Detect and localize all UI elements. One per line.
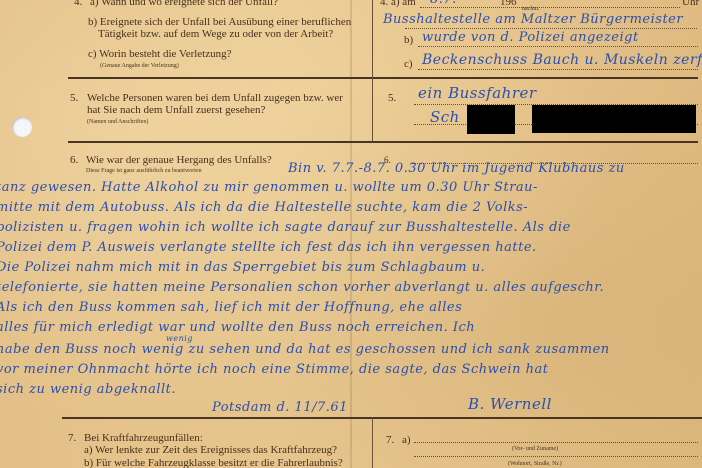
a7a-label: a) [402,434,411,446]
answer-line [414,442,698,443]
q4c-note: (Genaue Angabe der Verletzung) [100,63,179,70]
answer-line [418,69,698,70]
a4a-uhr: Uhr [682,0,699,8]
q4-number: 4. [74,0,82,8]
a7b-note: (Wohnort, Straße, Nr.) [508,461,562,468]
column-divider-bottom [372,417,373,468]
divider-q5-q6 [68,141,698,143]
answer-line [414,456,698,457]
a6-line: habe den Buss noch wenig zu sehen und da… [0,342,610,357]
divider-q6-q7 [62,417,702,419]
q6-note: Diese Frage ist ganz ausführlich zu bean… [86,168,202,175]
a5-line1: ein Bussfahrer [418,84,537,102]
divider-q4-q5 [68,77,698,79]
column-divider-top [372,0,373,141]
a4a-date: 8.7. [430,0,457,7]
punch-hole [12,117,32,137]
q4b-text-line2: Tätigkeit bzw. auf dem Wege zu oder von … [98,28,333,40]
a4c-answer: Beckenschuss Bauch u. Muskeln zerfetzt [422,52,702,68]
a6-line: Als ich den Buss kommen sah, lief ich mi… [0,300,462,315]
a6-place-date: Potsdam d. 11/7.61 [212,400,348,415]
a6-line: tanz gewesen. Hatte Alkohol zu mir genom… [0,180,538,195]
q7b-text: b) Für welche Fahrzeugklasse besitzt er … [84,457,343,468]
a6-line: mitte mit dem Autobuss. Als ich da die H… [0,200,528,215]
a6-line: vor meiner Ohnmacht hörte ich noch eine … [0,362,548,377]
q7-number: 7. [68,432,76,444]
a4c-label: c) [404,58,413,70]
a7a-note: (Vor- und Zuname) [512,446,558,453]
q6-number: 6. [70,154,78,166]
q5-text-line2: hat Sie nach dem Unfall zuerst gesehen? [87,104,265,116]
q7a-text: a) Wer lenkte zur Zeit des Ereignisses d… [84,444,337,456]
a6-line: sich zu wenig abgeknallt. [0,382,176,397]
a4a-place: Busshaltestelle am Maltzer Bürgermeister [383,12,683,27]
a4a-label: 4. a) am [380,0,416,8]
a6-line: polizisten u. fragen wohin ich wollte ic… [0,220,571,235]
a6-line: Die Polizei nahm mich mit in das Sperrge… [0,260,485,275]
a6-line: Bin v. 7.7.-8.7. 0.30 Uhr im Jugend Klub… [288,161,625,176]
redaction-box [532,105,696,133]
q4c-text: c) Worin besteht die Verletzung? [88,48,232,60]
a6-line: telefonierte, sie hatten meine Personali… [0,280,604,295]
q7-text: Bei Kraftfahrzeugunfällen: [84,432,203,444]
a5-label: 5. [388,92,396,104]
q5-number: 5. [70,92,78,104]
q5-text-line1: Welche Personen waren bei dem Unfall zug… [87,92,343,104]
q5-note: (Namen und Anschriften) [87,119,148,126]
signature: B. Wernell [468,395,552,413]
q4b-text-line1: b) Ereignete sich der Unfall bei Ausübun… [88,16,351,28]
redaction-box [467,105,515,134]
a7-label: 7. [386,434,394,446]
answer-line [420,7,680,8]
answer-line [405,28,697,29]
q6-text: Wie war der genaue Hergang des Unfalls? [86,154,272,166]
q4a-text: a) Wann und wo ereignete sich der Unfall… [90,0,278,8]
a4b-label: b) [404,34,413,46]
a6-line: Polizei dem P. Ausweis verlangte stellte… [0,240,537,255]
a6-line: alles für mich erledigt war und wollte d… [0,320,475,335]
a4b-answer: wurde von d. Polizei angezeigt [422,30,639,45]
answer-line [418,46,698,47]
a5-line2: Sch [430,108,460,126]
